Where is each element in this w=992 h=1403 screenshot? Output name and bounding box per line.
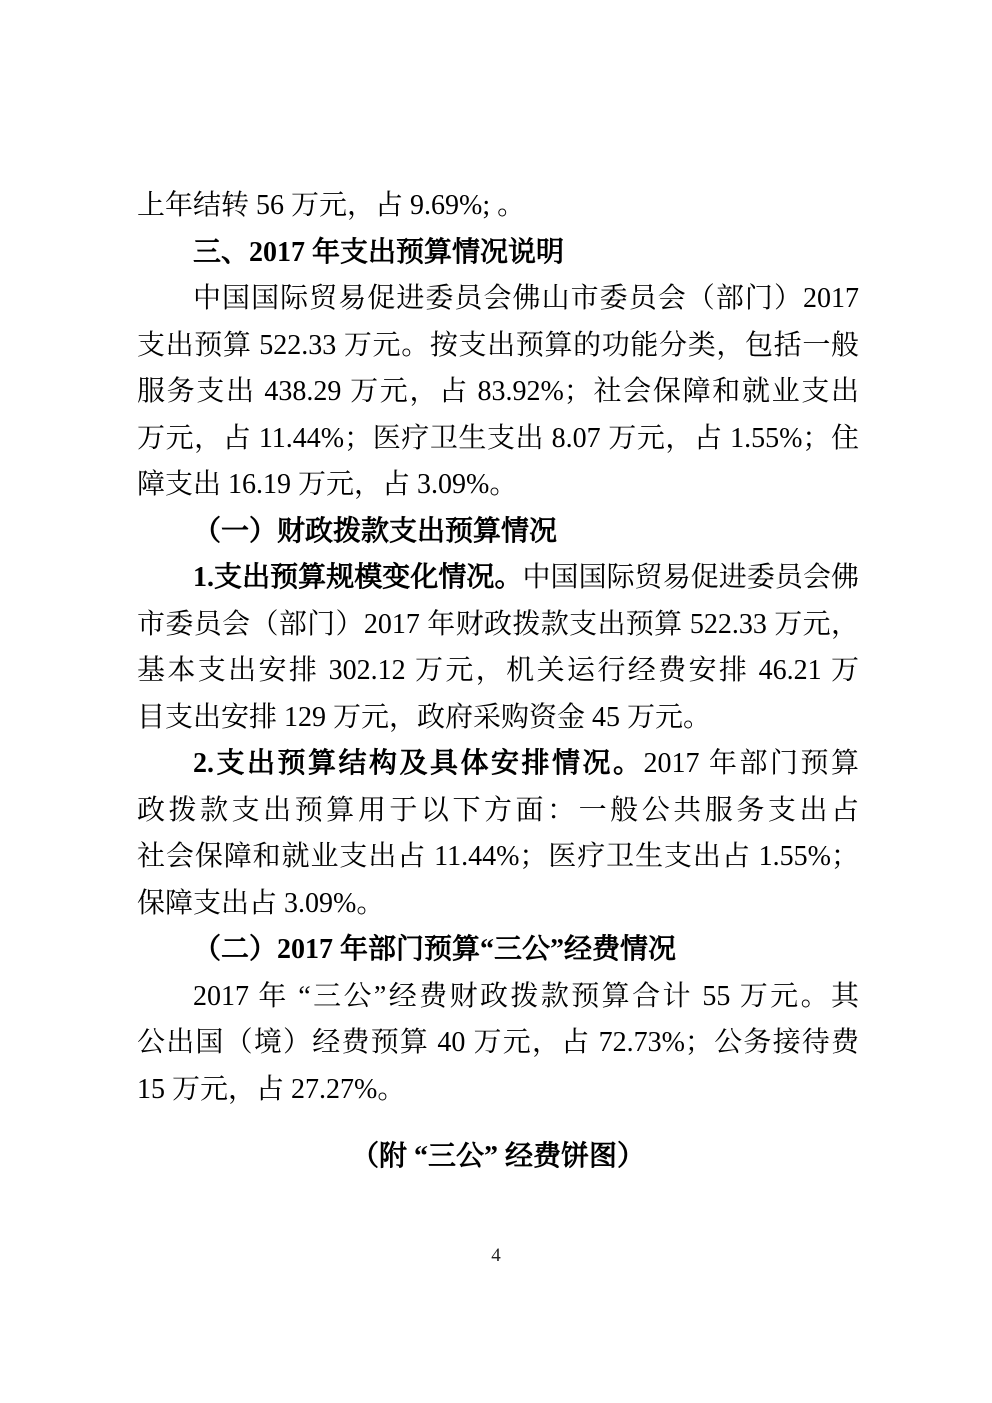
para1-line1: 中国国际贸易促进委员会佛山市委员会（部门）2017 年度 xyxy=(137,276,859,323)
heading-sub-1: （一）财政拨款支出预算情况 xyxy=(137,509,859,556)
page-number: 4 xyxy=(0,1245,992,1267)
heading-section-3: 三、2017 年支出预算情况说明 xyxy=(137,230,859,277)
para4-line3: 15 万元，占 27.27%。 xyxy=(137,1067,859,1114)
line-carryover-text: 上年结转 56 万元，占 9.69%; 。 xyxy=(137,190,525,221)
para2-line1: 1.支出预算规模变化情况。中国国际贸易促进委员会佛山 xyxy=(137,555,859,602)
para1-line4: 万元，占 11.44%；医疗卫生支出 8.07 万元，占 1.55%；住房保 xyxy=(137,416,859,463)
document-body: 上年结转 56 万元，占 9.69%; 。三、2017 年支出预算情况说明中国国… xyxy=(137,183,859,1181)
heading-section-3-text: 三、2017 年支出预算情况说明 xyxy=(193,237,564,268)
para4-line1-text: 2017 年 “三公”经费财政拨款预算合计 55 万元。其中：因 xyxy=(193,981,859,1021)
para3-line1-text: 2.支出预算结构及具体安排情况。 xyxy=(193,748,643,779)
para3-line2-text: 政拨款支出预算用于以下方面：一般公共服务支出占 83.92%;; xyxy=(137,795,859,835)
heading-sub-2-text: （二）2017 年部门预算“三公”经费情况 xyxy=(193,934,676,965)
para1-line1-text: 中国国际贸易促进委员会佛山市委员会（部门）2017 年度 xyxy=(193,283,859,323)
para3-line2: 政拨款支出预算用于以下方面：一般公共服务支出占 83.92%;; xyxy=(137,788,859,835)
para2-line4: 目支出安排 129 万元，政府采购资金 45 万元。 xyxy=(137,695,859,742)
para2-line3: 基本支出安排 302.12 万元，机关运行经费安排 46.21 万元，项 xyxy=(137,648,859,695)
para1-line4-text: 万元，占 11.44%；医疗卫生支出 8.07 万元，占 1.55%；住房保 xyxy=(137,423,859,463)
para1-line3: 服务支出 438.29 万元，占 83.92%；社会保障和就业支出 59.78 xyxy=(137,369,859,416)
para2-line2: 市委员会（部门）2017 年财政拨款支出预算 522.33 万元，其中: xyxy=(137,602,859,649)
line-carryover: 上年结转 56 万元，占 9.69%; 。 xyxy=(137,183,859,230)
para3-line4: 保障支出占 3.09%。 xyxy=(137,881,859,928)
para3-line4-text: 保障支出占 3.09%。 xyxy=(137,888,384,919)
para2-line2-text: 市委员会（部门）2017 年财政拨款支出预算 522.33 万元，其中: xyxy=(137,609,859,649)
heading-sub-1-text: （一）财政拨款支出预算情况 xyxy=(193,516,557,547)
para1-line5-text: 障支出 16.19 万元，占 3.09%。 xyxy=(137,469,517,500)
para1-line2-text: 支出预算 522.33 万元。按支出预算的功能分类，包括一般公共 xyxy=(137,330,859,370)
para4-line2-text: 公出国（境）经费预算 40 万元，占 72.73%；公务接待费预算 xyxy=(137,1027,859,1067)
heading-sub-2: （二）2017 年部门预算“三公”经费情况 xyxy=(137,927,859,974)
pie-chart-note-text: （附 “三公” 经费饼图） xyxy=(351,1141,645,1172)
para3-line1: 2.支出预算结构及具体安排情况。2017 年部门预算中，财 xyxy=(137,741,859,788)
para1-line3-text: 服务支出 438.29 万元，占 83.92%；社会保障和就业支出 59.78 xyxy=(137,376,859,416)
para2-line4-text: 目支出安排 129 万元，政府采购资金 45 万元。 xyxy=(137,702,711,733)
para4-line1: 2017 年 “三公”经费财政拨款预算合计 55 万元。其中：因 xyxy=(137,974,859,1021)
para1-line2: 支出预算 522.33 万元。按支出预算的功能分类，包括一般公共 xyxy=(137,323,859,370)
para3-line3-text: 社会保障和就业支出占 11.44%；医疗卫生支出占 1.55%；住房 xyxy=(137,841,859,881)
para3-line3: 社会保障和就业支出占 11.44%；医疗卫生支出占 1.55%；住房 xyxy=(137,834,859,881)
document-page: 上年结转 56 万元，占 9.69%; 。三、2017 年支出预算情况说明中国国… xyxy=(0,0,992,1403)
para2-line1-text: 1.支出预算规模变化情况。 xyxy=(193,562,523,593)
pie-chart-note: （附 “三公” 经费饼图） xyxy=(137,1134,859,1181)
para2-line3-text: 基本支出安排 302.12 万元，机关运行经费安排 46.21 万元，项 xyxy=(137,655,859,695)
para1-line5: 障支出 16.19 万元，占 3.09%。 xyxy=(137,462,859,509)
para4-line2: 公出国（境）经费预算 40 万元，占 72.73%；公务接待费预算 xyxy=(137,1020,859,1067)
para4-line3-text: 15 万元，占 27.27%。 xyxy=(137,1074,405,1105)
